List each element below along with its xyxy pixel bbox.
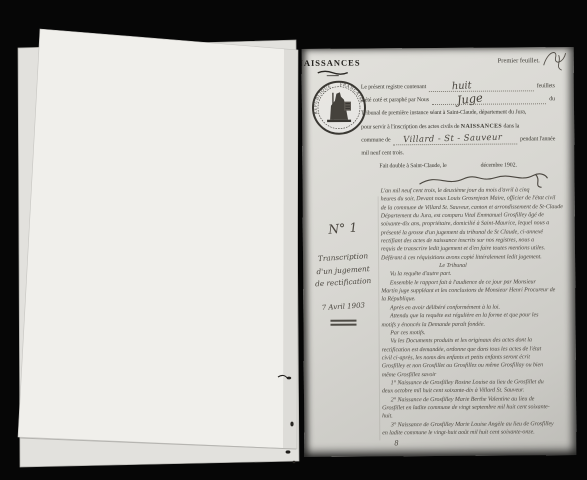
handwritten-fill: Juge [456,92,483,108]
printed-text: pendant l'année [520,133,555,146]
dotted-blank: Villard - St - Sauveur [394,143,518,145]
printed-text: dans la [503,120,519,133]
printed-text: du [549,93,555,106]
cover-line: mil neuf cent trois. [361,146,555,161]
cover-line: a été coté et paraphé par Nous Juge du [361,93,555,108]
act-foot-mark: 8 [394,438,398,447]
text-line: en ladite commune le vingt-huit août mil… [382,428,574,438]
register-page: NAISSANCES Premier feuillet. RÉPUBLIQUE … [302,47,577,457]
binding-speck [286,450,291,453]
printed-text: commune de [361,134,390,147]
handwritten-fill: Villard - St - Sauveur [403,132,502,148]
text-line: requis de transcrire ledit jugement et d… [381,244,573,254]
sheet-label: Premier feuillet. [498,57,540,64]
binding-speck [293,461,296,463]
margin-double-rule [330,319,356,325]
binding-speck [290,422,293,427]
printed-text: a été coté et paraphé par Nous [361,94,429,108]
cover-line: commune de Villard - St - Sauveur pendan… [361,133,555,148]
act-margin-title: Transcriptiond'un jugementde rectificati… [309,251,377,289]
cover-line: Tribunal de première instance séant à Sa… [361,107,555,122]
printed-text: Le présent registre contenant [361,81,426,95]
register-cover-text: Le présent registre contenant huit feuil… [361,80,556,174]
text-line: soixante-dix ans, propriétaire, domicili… [381,219,573,229]
page-title: NAISSANCES [302,58,361,68]
corner-paraph-icon [540,47,572,73]
blank-left-page [18,29,298,449]
act-margin-date: 7 Avril 1903 [309,300,377,312]
act-margin: N° 1 Transcriptiond'un jugementde rectif… [309,220,378,325]
text-line: de rectification [309,275,378,292]
dotted-blank: Juge [432,104,546,106]
republique-francaise-seal-icon: RÉPUBLIQUE FRANÇAISE [311,79,367,135]
gutter-shading [283,49,298,449]
act-number: N° 1 [308,218,377,238]
book-scan: NAISSANCES Premier feuillet. RÉPUBLIQUE … [0,0,587,480]
act-text: L'an mil neuf cent trois, le deuxième jo… [381,186,575,438]
printed-text: feuillets [537,80,555,93]
text-line: Grosfillet en ladite commune de vingt se… [382,403,574,413]
title-flourish-icon [316,70,350,78]
